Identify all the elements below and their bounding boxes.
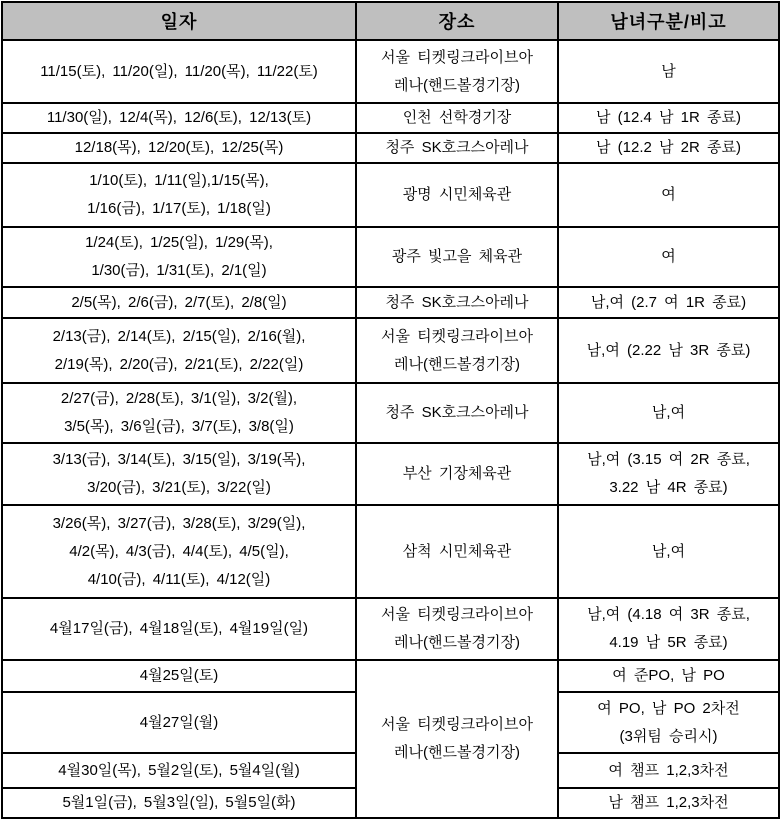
note-cell: 남,여 (4.18 여 3R 종료, 4.19 남 5R 종료) (558, 598, 779, 660)
table-row: 2/13(금), 2/14(토), 2/15(일), 2/16(월), 2/19… (2, 318, 779, 383)
date-cell: 3/13(금), 3/14(토), 3/15(일), 3/19(목), 3/20… (2, 443, 356, 505)
note-cell: 여 (558, 227, 779, 287)
table-row: 1/10(토), 1/11(일),1/15(목), 1/16(금), 1/17(… (2, 163, 779, 227)
note-cell: 여 챔프 1,2,3차전 (558, 753, 779, 788)
place-cell: 서울 티켓링크라이브아 레나(핸드볼경기장) (356, 40, 558, 103)
note-cell: 남,여 (2.22 남 3R 종료) (558, 318, 779, 383)
table-row: 4월17일(금), 4월18일(토), 4월19일(일) 서울 티켓링크라이브아… (2, 598, 779, 660)
date-cell: 1/10(토), 1/11(일),1/15(목), 1/16(금), 1/17(… (2, 163, 356, 227)
table-row: 11/30(일), 12/4(목), 12/6(토), 12/13(토) 인천 … (2, 103, 779, 133)
header-row: 일자 장소 남녀구분/비고 (2, 2, 779, 40)
place-cell-merged: 서울 티켓링크라이브아 레나(핸드볼경기장) (356, 660, 558, 818)
note-cell: 여 (558, 163, 779, 227)
place-cell: 서울 티켓링크라이브아 레나(핸드볼경기장) (356, 318, 558, 383)
col-header-date: 일자 (2, 2, 356, 40)
schedule-table: 일자 장소 남녀구분/비고 11/15(토), 11/20(일), 11/20(… (1, 1, 780, 819)
note-cell: 남 (558, 40, 779, 103)
table-row: 3/26(목), 3/27(금), 3/28(토), 3/29(일), 4/2(… (2, 505, 779, 598)
note-cell: 남 챔프 1,2,3차전 (558, 788, 779, 818)
date-cell: 2/27(금), 2/28(토), 3/1(일), 3/2(월), 3/5(목)… (2, 383, 356, 443)
note-cell: 여 준PO, 남 PO (558, 660, 779, 692)
note-cell: 남,여 (2.7 여 1R 종료) (558, 287, 779, 318)
col-header-place: 장소 (356, 2, 558, 40)
table-row: 12/18(목), 12/20(토), 12/25(목) 청주 SK호크스아레나… (2, 133, 779, 163)
note-cell: 남,여 (558, 383, 779, 443)
place-cell: 광명 시민체육관 (356, 163, 558, 227)
date-cell: 4월25일(토) (2, 660, 356, 692)
place-cell: 광주 빛고을 체육관 (356, 227, 558, 287)
date-cell: 3/26(목), 3/27(금), 3/28(토), 3/29(일), 4/2(… (2, 505, 356, 598)
date-cell: 11/30(일), 12/4(목), 12/6(토), 12/13(토) (2, 103, 356, 133)
place-cell: 부산 기장체육관 (356, 443, 558, 505)
place-cell: 삼척 시민체육관 (356, 505, 558, 598)
date-cell: 5월1일(금), 5월3일(일), 5월5일(화) (2, 788, 356, 818)
col-header-note: 남녀구분/비고 (558, 2, 779, 40)
note-cell: 남,여 (558, 505, 779, 598)
note-cell: 남 (12.2 남 2R 종료) (558, 133, 779, 163)
place-cell: 청주 SK호크스아레나 (356, 287, 558, 318)
date-cell: 4월27일(월) (2, 692, 356, 753)
date-cell: 2/13(금), 2/14(토), 2/15(일), 2/16(월), 2/19… (2, 318, 356, 383)
date-cell: 1/24(토), 1/25(일), 1/29(목), 1/30(금), 1/31… (2, 227, 356, 287)
place-cell: 청주 SK호크스아레나 (356, 133, 558, 163)
note-cell: 여 PO, 남 PO 2차전 (3위팀 승리시) (558, 692, 779, 753)
note-cell: 남,여 (3.15 여 2R 종료, 3.22 남 4R 종료) (558, 443, 779, 505)
date-cell: 2/5(목), 2/6(금), 2/7(토), 2/8(일) (2, 287, 356, 318)
date-cell: 4월17일(금), 4월18일(토), 4월19일(일) (2, 598, 356, 660)
table-row: 2/27(금), 2/28(토), 3/1(일), 3/2(월), 3/5(목)… (2, 383, 779, 443)
table-row: 2/5(목), 2/6(금), 2/7(토), 2/8(일) 청주 SK호크스아… (2, 287, 779, 318)
note-cell: 남 (12.4 남 1R 종료) (558, 103, 779, 133)
place-cell: 서울 티켓링크라이브아 레나(핸드볼경기장) (356, 598, 558, 660)
date-cell: 11/15(토), 11/20(일), 11/20(목), 11/22(토) (2, 40, 356, 103)
date-cell: 12/18(목), 12/20(토), 12/25(목) (2, 133, 356, 163)
place-cell: 청주 SK호크스아레나 (356, 383, 558, 443)
table-row: 11/15(토), 11/20(일), 11/20(목), 11/22(토) 서… (2, 40, 779, 103)
place-cell: 인천 선학경기장 (356, 103, 558, 133)
table-row: 3/13(금), 3/14(토), 3/15(일), 3/19(목), 3/20… (2, 443, 779, 505)
table-row: 1/24(토), 1/25(일), 1/29(목), 1/30(금), 1/31… (2, 227, 779, 287)
table-row: 4월25일(토) 서울 티켓링크라이브아 레나(핸드볼경기장) 여 준PO, 남… (2, 660, 779, 692)
date-cell: 4월30일(목), 5월2일(토), 5월4일(월) (2, 753, 356, 788)
